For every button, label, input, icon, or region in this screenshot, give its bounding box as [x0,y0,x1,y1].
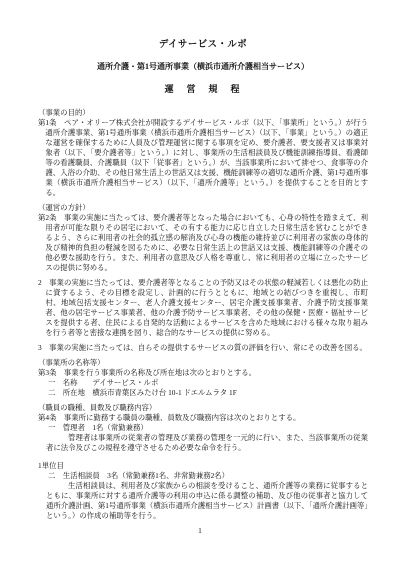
section-policy: （運営の方針） 第2条 事業の実施に当たっては、要介護者等となった場合においても… [38,203,368,353]
article-3-item-name: 一 名称 デイサービス・ルポ [48,378,368,388]
service-subtitle: 通所介護・第1号通所事業（横浜市通所介護相当サービス） [38,62,368,72]
article-4-unit-label: 1単位目 [38,461,368,471]
section-heading-name-location: （事業所の名称等） [38,358,368,368]
section-heading-purpose: （事業の目的） [38,108,368,118]
document-title: 運 営 規 程 [38,84,368,94]
article-4-item-manager: 一 管理者 1名（常勤兼務） [48,423,368,433]
article-2-paragraph-2: 2 事業の実施に当たっては、要介護者等となることの予防又はその状態の軽減若しくは… [45,278,368,338]
article-3-intro: 第3条 事業を行う事業所の名称及び所在地は次のとおりとする。 [38,368,368,378]
section-heading-policy: （運営の方針） [38,203,368,213]
page-number: 1 [0,526,400,536]
article-3-item-address: 二 所在地 横浜市青葉区みたけ台 10-1 ドエルムラタ 1F [48,388,368,398]
article-2-paragraph-3: 3 事業の実施に当たっては、自らその提供するサービスの質の評価を行い、常にその改… [45,343,368,353]
section-staff: （職員の職種、員数及び職務内容） 第4条 事業所に勤務する職員の職種、員数及び職… [38,403,368,521]
section-heading-staff: （職員の職種、員数及び職務内容） [38,403,368,413]
section-purpose: （事業の目的） 第1条 ペア・オリーブ株式会社が開設するデイサービス・ルポ（以下… [38,108,368,198]
article-4-manager-description: 管理者は事業所の従業者の管理及び業務の管理を一元的に行い、また、当該事業所の従業… [46,433,368,453]
facility-title: デイサービス・ルポ [38,40,368,50]
article-4-intro: 第4条 事業所に勤務する職員の職種、員数及び職務内容は次のとおりとする。 [38,413,368,423]
article-1-paragraph: 第1条 ペア・オリーブ株式会社が開設するデイサービス・ルポ（以下、「事業所」とい… [45,118,368,198]
document-page: デイサービス・ルポ 通所介護・第1号通所事業（横浜市通所介護相当サービス） 運 … [0,0,400,566]
section-name-location: （事業所の名称等） 第3条 事業を行う事業所の名称及び所在地は次のとおりとする。… [38,358,368,398]
article-4-item-counselor: 二 生活相談員 3名（常勤兼務1名、非常勤兼務2名） [48,471,368,481]
document-header: デイサービス・ルポ 通所介護・第1号通所事業（横浜市通所介護相当サービス） 運 … [38,40,368,94]
article-2-paragraph-1: 第2条 事業の実施に当たっては、要介護者等となった場合においても、心身の特性を踏… [45,213,368,273]
spacer [38,453,368,461]
article-4-counselor-description: 生活相談員は、利用者及び家族からの相談を受けること、通所介護等の業務に従事すると… [46,481,368,521]
